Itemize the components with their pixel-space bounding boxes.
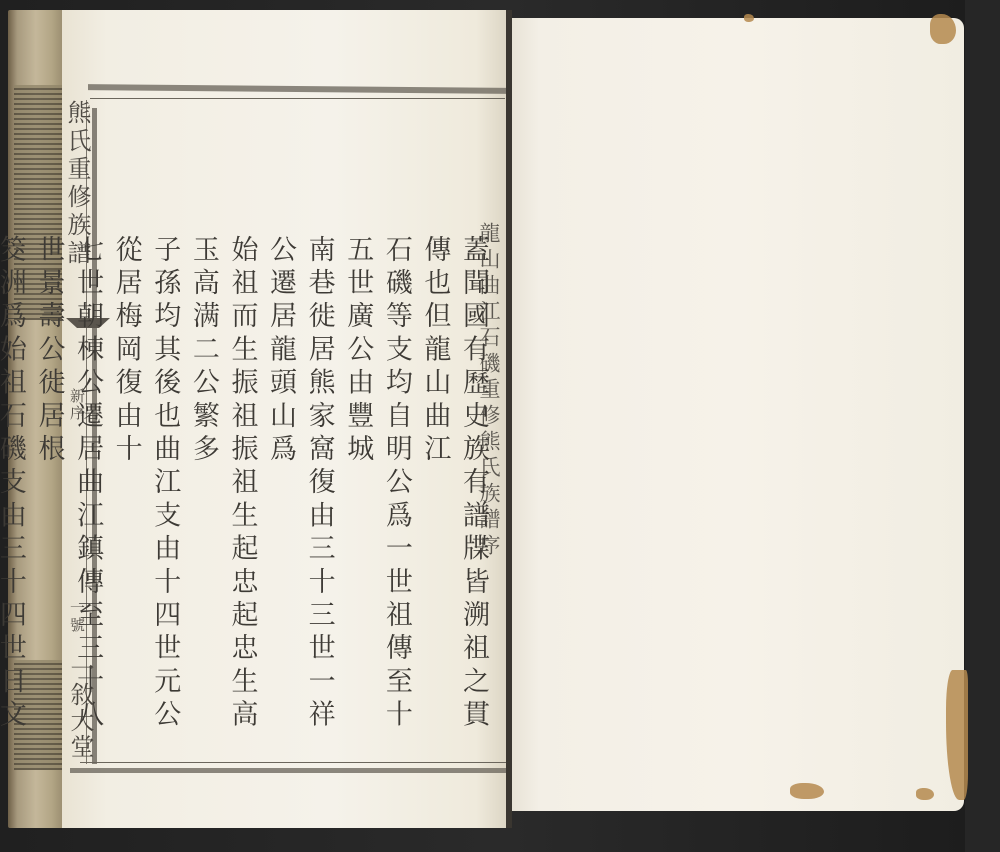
border-frame-bottom [70,768,510,773]
preface-body: 蓋聞國有歷史族有譜牒皆溯祖之貫傳也但龍山曲江 石磯等支均自明公爲一世祖傳至十五世… [112,235,492,765]
stain-bottom-left [790,783,824,799]
text-column: 始祖而生振祖振祖生起忠起忠生高玉高满二公繁多 [183,235,260,765]
stain-bottom-right [916,788,934,800]
text-column: 筊洲爲始祖石磯支由三十四世日文公自北坑徙居石 [0,235,29,765]
text-column: 石磯等支均自明公爲一世祖傳至十五世廣公由豐城 [338,235,415,765]
backdrop-right-edge [965,0,1000,852]
text-column: 蓋聞國有歷史族有譜牒皆溯祖之貫傳也但龍山曲江 [415,235,492,765]
right-page-blank [512,18,964,811]
border-frame-top-inner [90,98,505,99]
text-column: 七世朝棟公遷居曲江鎮傳至三十八世景壽公徙居根 [29,235,106,765]
stain-top-right [930,14,956,44]
stain-top-middle [744,14,754,22]
text-column: 南巷徙居熊家窩復由三十三世一祥公遷居龍頭山爲 [260,235,337,765]
text-column: 子孫均其後也曲江支由十四世元公從居梅岡復由十 [106,235,183,765]
